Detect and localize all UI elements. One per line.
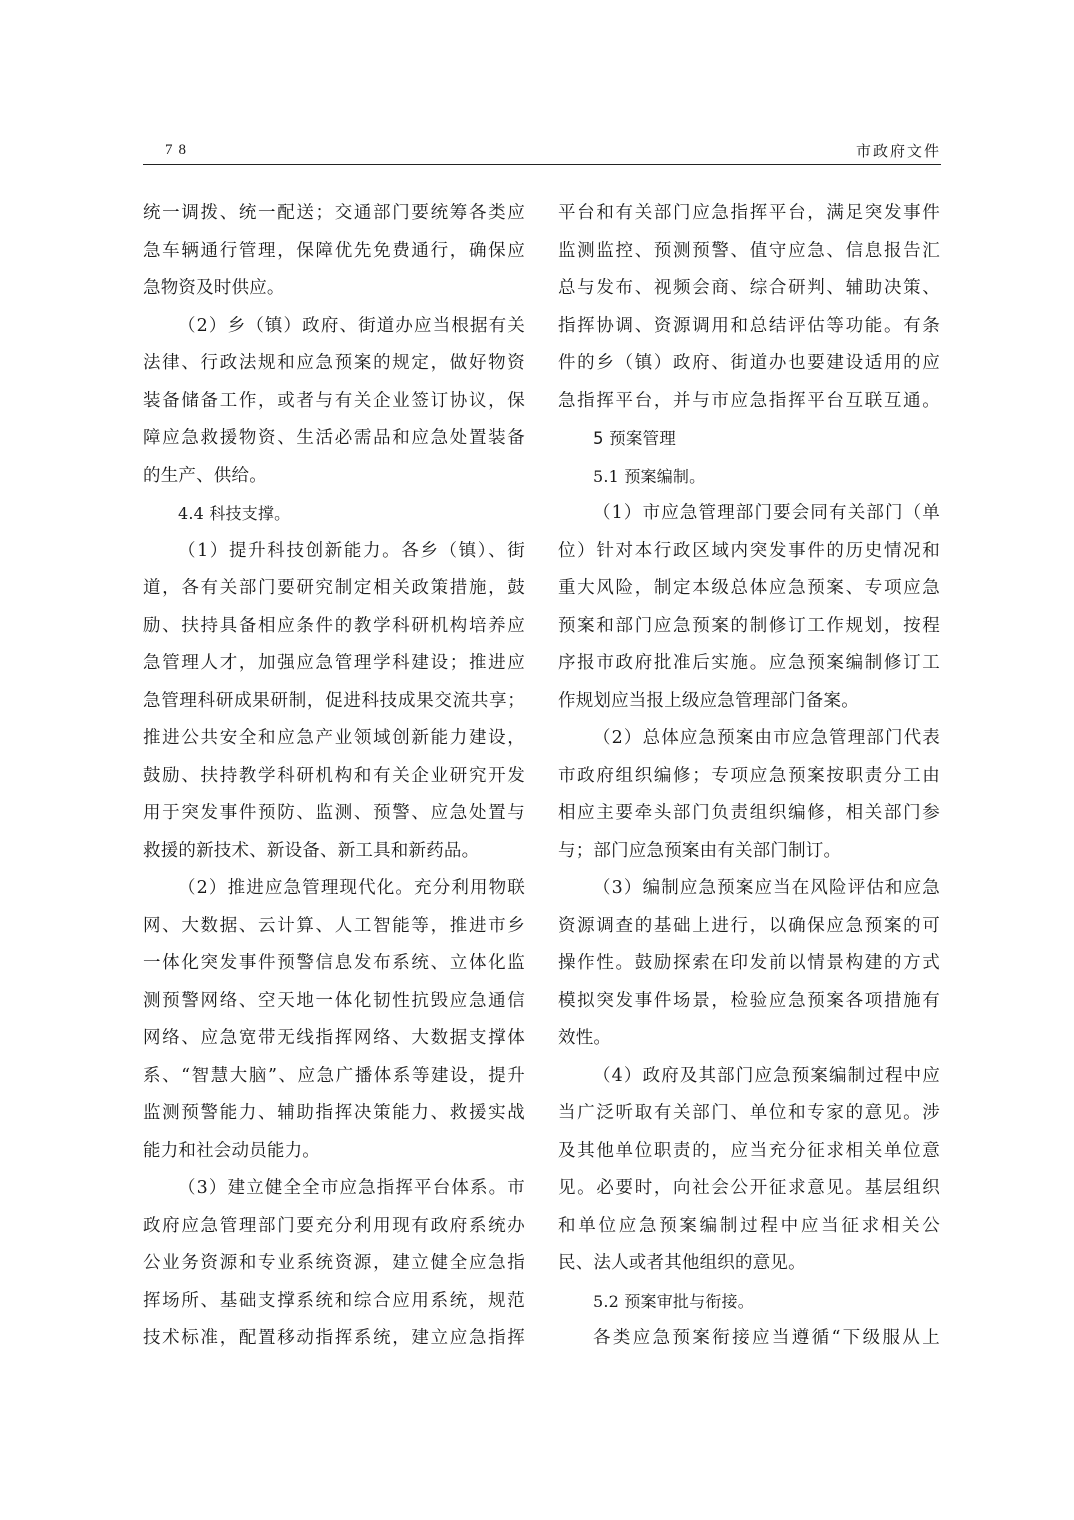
text-line: （2）总体应急预案由市应急管理部门代表 (558, 720, 940, 758)
text-line: （2）推进应急管理现代化。充分利用物联 (143, 870, 525, 908)
subsection-heading: 5.1 预案编制。 (558, 458, 940, 496)
subsection-heading: 5.2 预案审批与衔接。 (558, 1283, 940, 1321)
text-line: 技术标准，配置移动指挥系统，建立应急指挥 (143, 1320, 525, 1358)
text-line: 障应急救援物资、生活必需品和应急处置装备 (143, 420, 525, 458)
text-line: 系、“智慧大脑”、应急广播体系等建设，提升 (143, 1058, 525, 1096)
text-line: 效性。 (558, 1020, 940, 1058)
text-line: （1）市应急管理部门要会同有关部门（单 (558, 495, 940, 533)
text-line: 相应主要牵头部门负责组织编修，相关部门参 (558, 795, 940, 833)
text-line: 位）针对本行政区域内突发事件的历史情况和 (558, 533, 940, 571)
text-line: （1）提升科技创新能力。各乡（镇）、街 (143, 533, 525, 571)
running-title: 市政府文件 (856, 140, 941, 161)
text-line: 资源调查的基础上进行，以确保应急预案的可 (558, 908, 940, 946)
text-line: 网络、应急宽带无线指挥网络、大数据支撑体 (143, 1020, 525, 1058)
text-line: 作规划应当报上级应急管理部门备案。 (558, 683, 940, 721)
text-line: 序报市政府批准后实施。应急预案编制修订工 (558, 645, 940, 683)
text-line: 操作性。鼓励探索在印发前以情景构建的方式 (558, 945, 940, 983)
text-line: （3）建立健全全市应急指挥平台体系。市 (143, 1170, 525, 1208)
text-line: 市政府组织编修；专项应急预案按职责分工由 (558, 758, 940, 796)
text-line: 挥场所、基础支撑系统和综合应用系统，规范 (143, 1283, 525, 1321)
text-line: 一体化突发事件预警信息发布系统、立体化监 (143, 945, 525, 983)
text-line: 预案和部门应急预案的制修订工作规划，按程 (558, 608, 940, 646)
text-line: 能力和社会动员能力。 (143, 1133, 525, 1171)
text-line: 见。必要时，向社会公开征求意见。基层组织 (558, 1170, 940, 1208)
text-line: 公业务资源和专业系统资源，建立健全应急指 (143, 1245, 525, 1283)
text-line: 模拟突发事件场景，检验应急预案各项措施有 (558, 983, 940, 1021)
text-line: 急管理科研成果研制，促进科技成果交流共享； (143, 683, 525, 721)
text-line: 用于突发事件预防、监测、预警、应急处置与 (143, 795, 525, 833)
text-line: 当广泛听取有关部门、单位和专家的意见。涉 (558, 1095, 940, 1133)
text-line: 件的乡（镇）政府、街道办也要建设适用的应 (558, 345, 940, 383)
text-line: （4）政府及其部门应急预案编制过程中应 (558, 1058, 940, 1096)
text-line: 的生产、供给。 (143, 458, 525, 496)
text-line: 平台和有关部门应急指挥平台，满足突发事件 (558, 195, 940, 233)
text-line: 励、扶持具备相应条件的教学科研机构培养应 (143, 608, 525, 646)
text-line: 急管理人才，加强应急管理学科建设；推进应 (143, 645, 525, 683)
text-line: 监测监控、预测预警、值守应急、信息报告汇 (558, 233, 940, 271)
page-number: 78 (165, 142, 192, 159)
right-column: 平台和有关部门应急指挥平台，满足突发事件监测监控、预测预警、值守应急、信息报告汇… (558, 195, 940, 1358)
text-line: 及其他单位职责的，应当充分征求相关单位意 (558, 1133, 940, 1171)
text-line: 总与发布、视频会商、综合研判、辅助决策、 (558, 270, 940, 308)
text-line: 重大风险，制定本级总体应急预案、专项应急 (558, 570, 940, 608)
text-line: 指挥协调、资源调用和总结评估等功能。有条 (558, 308, 940, 346)
text-line: 法律、行政法规和应急预案的规定，做好物资 (143, 345, 525, 383)
text-line: 装备储备工作，或者与有关企业签订协议，保 (143, 383, 525, 421)
page-header: 78 市政府文件 (143, 140, 941, 165)
text-line: 救援的新技术、新设备、新工具和新药品。 (143, 833, 525, 871)
text-line: 统一调拨、统一配送；交通部门要统筹各类应 (143, 195, 525, 233)
text-line: 民、法人或者其他组织的意见。 (558, 1245, 940, 1283)
text-line: 道，各有关部门要研究制定相关政策措施，鼓 (143, 570, 525, 608)
text-line: （2）乡（镇）政府、街道办应当根据有关 (143, 308, 525, 346)
text-line: 和单位应急预案编制过程中应当征求相关公 (558, 1208, 940, 1246)
text-line: 急指挥平台，并与市应急指挥平台互联互通。 (558, 383, 940, 421)
text-line: 网、大数据、云计算、人工智能等，推进市乡 (143, 908, 525, 946)
text-line: 急车辆通行管理，保障优先免费通行，确保应 (143, 233, 525, 271)
text-line: 推进公共安全和应急产业领域创新能力建设， (143, 720, 525, 758)
section-heading: 5 预案管理 (558, 420, 940, 458)
left-column: 统一调拨、统一配送；交通部门要统筹各类应急车辆通行管理，保障优先免费通行，确保应… (143, 195, 525, 1358)
text-line: 与；部门应急预案由有关部门制订。 (558, 833, 940, 871)
text-line: 急物资及时供应。 (143, 270, 525, 308)
text-line: （3）编制应急预案应当在风险评估和应急 (558, 870, 940, 908)
text-line: 政府应急管理部门要充分利用现有政府系统办 (143, 1208, 525, 1246)
text-line: 鼓励、扶持教学科研机构和有关企业研究开发 (143, 758, 525, 796)
text-line: 各类应急预案衔接应当遵循“下级服从上 (558, 1320, 940, 1358)
text-line: 测预警网络、空天地一体化韧性抗毁应急通信 (143, 983, 525, 1021)
text-line: 监测预警能力、辅助指挥决策能力、救援实战 (143, 1095, 525, 1133)
subsection-heading: 4.4 科技支撑。 (143, 495, 525, 533)
